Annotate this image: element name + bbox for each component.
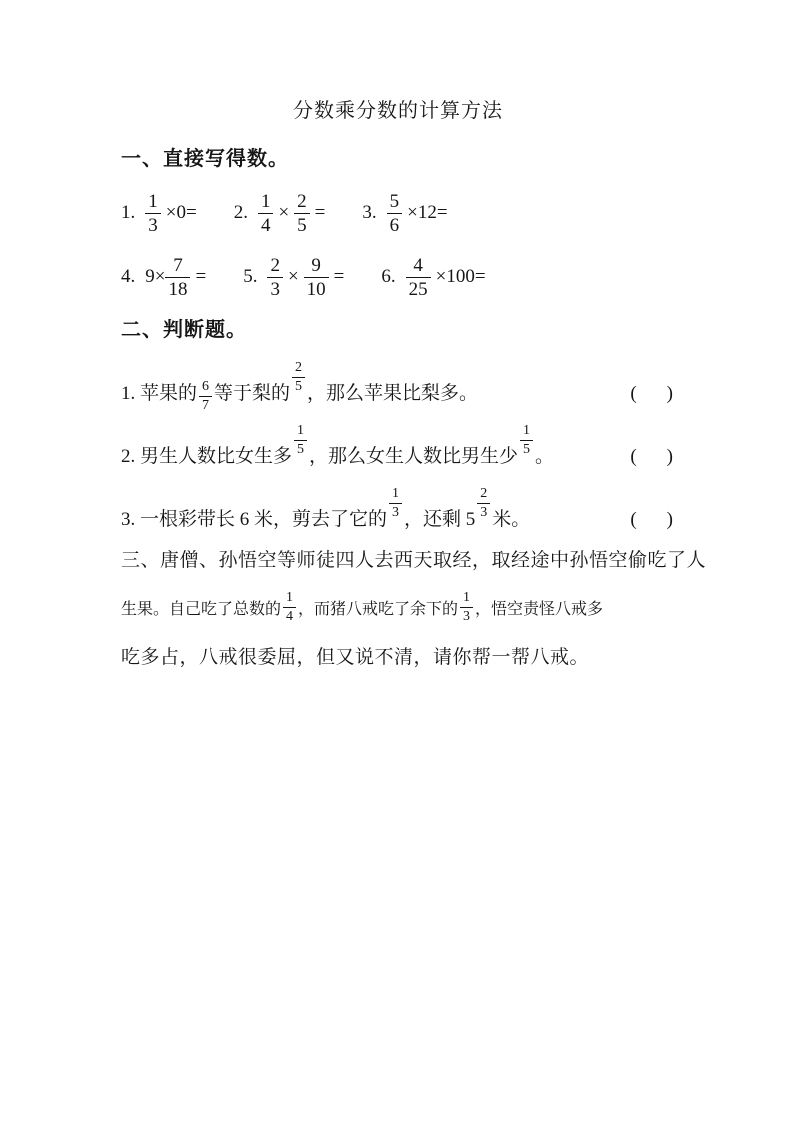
fraction: 1 3 (460, 591, 473, 624)
denominator: 3 (145, 213, 161, 235)
problem-3: 3. 5 6 ×12= (362, 192, 452, 235)
denominator: 7 (199, 396, 212, 413)
numerator: 2 (292, 361, 305, 375)
problem-number: 1. (121, 202, 135, 224)
fraction: 1 4 (258, 192, 274, 235)
paren-open: ( (630, 380, 636, 407)
numerator: 2 (294, 192, 310, 211)
statement-text: 2. 男生人数比女生多 (121, 443, 292, 470)
fraction: 7 18 (165, 256, 190, 299)
word-problem-line-3: 吃多占，八戒很委屈，但又说不清，请你帮一帮八戒。 (121, 644, 675, 671)
denominator: 10 (304, 277, 329, 299)
problem-1: 1. 1 3 ×0= (121, 192, 202, 235)
judgment-item-3: 3. 一根彩带长 6 米，剪去了它的 1 3 ，还剩 5 2 3 米。 ( ) (121, 470, 675, 533)
judgment-item-2: 2. 男生人数比女生多 1 5 ，那么女生人数比男生少 1 5 。 ( ) (121, 407, 675, 470)
numerator: 1 (283, 591, 296, 605)
equals-sign: = (195, 266, 206, 288)
numerator: 1 (145, 192, 161, 211)
fraction: 1 5 (294, 424, 307, 457)
denominator: 3 (267, 277, 283, 299)
fraction: 1 3 (145, 192, 161, 235)
fraction: 5 6 (387, 192, 403, 235)
statement-text: 。 (535, 443, 554, 470)
numerator: 1 (258, 192, 274, 211)
page-title: 分数乘分数的计算方法 (121, 98, 675, 124)
statement-text: 米。 (492, 506, 530, 533)
judgment-text: 1. 苹果的 6 7 等于梨的 2 5 ，那么苹果比梨多。 (121, 374, 478, 407)
operator: × (288, 266, 299, 288)
denominator: 4 (283, 607, 296, 624)
fraction: 4 25 (406, 256, 431, 299)
problem-number: 4. (121, 266, 135, 288)
worksheet-page: 分数乘分数的计算方法 一、直接写得数。 1. 1 3 ×0= 2. 1 4 × (0, 0, 793, 1122)
denominator: 5 (294, 213, 310, 235)
problem-number: 6. (381, 266, 395, 288)
judgment-item-1: 1. 苹果的 6 7 等于梨的 2 5 ，那么苹果比梨多。 ( ) (121, 344, 675, 407)
fraction: 6 7 (199, 380, 212, 413)
paren-close: ) (667, 443, 673, 470)
problem-row-2: 4. 9× 7 18 = 5. 2 3 × 9 10 = (121, 245, 675, 309)
paren-close: ) (667, 380, 673, 407)
denominator: 3 (477, 503, 490, 520)
problem-6: 6. 4 25 ×100= (381, 256, 490, 299)
judgment-text: 2. 男生人数比女生多 1 5 ，那么女生人数比男生少 1 5 。 (121, 437, 554, 470)
operator: × (278, 202, 289, 224)
denominator: 25 (406, 277, 431, 299)
operator: ×100= (436, 266, 486, 288)
fraction: 9 10 (304, 256, 329, 299)
fraction: 1 4 (283, 591, 296, 624)
numerator: 1 (520, 424, 533, 438)
fraction: 2 5 (292, 361, 305, 394)
numerator: 1 (294, 424, 307, 438)
paren-open: ( (630, 443, 636, 470)
problem-number: 2. (234, 202, 248, 224)
numerator: 5 (387, 192, 403, 211)
numerator: 6 (199, 380, 212, 394)
problem-2: 2. 1 4 × 2 5 = (234, 192, 331, 235)
statement-text: 3. 一根彩带长 6 米，剪去了它的 (121, 506, 387, 533)
problem-number: 5. (243, 266, 257, 288)
operator: ×12= (407, 202, 447, 224)
numerator: 2 (477, 487, 490, 501)
statement-text: ，还剩 5 (404, 506, 475, 533)
numerator: 9 (308, 256, 324, 275)
numerator: 7 (170, 256, 186, 275)
denominator: 5 (520, 440, 533, 457)
fraction: 2 5 (294, 192, 310, 235)
paren-open: ( (630, 506, 636, 533)
section2-heading: 二、判断题。 (121, 317, 675, 344)
answer-parens: ( ) (630, 380, 675, 407)
problem-4: 4. 9× 7 18 = (121, 256, 211, 299)
denominator: 18 (165, 277, 190, 299)
statement-text: 1. 苹果的 (121, 380, 197, 407)
equals-sign: = (334, 266, 345, 288)
fraction: 1 5 (520, 424, 533, 457)
problem-5: 5. 2 3 × 9 10 = (243, 256, 349, 299)
statement-text: ，那么女生人数比男生少 (309, 443, 518, 470)
problem-text: 生果。自己吃了总数的 (121, 596, 281, 619)
word-problem-line-2: 生果。自己吃了总数的 1 4 ，而猪八戒吃了余下的 1 3 ，悟空责怪八戒多 (121, 580, 675, 634)
numerator: 1 (460, 591, 473, 605)
denominator: 5 (294, 440, 307, 457)
denominator: 3 (460, 607, 473, 624)
worksheet-content: 分数乘分数的计算方法 一、直接写得数。 1. 1 3 ×0= 2. 1 4 × (0, 0, 793, 671)
answer-parens: ( ) (630, 443, 675, 470)
numerator: 1 (389, 487, 402, 501)
problem-number: 3. (362, 202, 376, 224)
denominator: 6 (387, 213, 403, 235)
problem-row-1: 1. 1 3 ×0= 2. 1 4 × 2 5 = (121, 181, 675, 245)
operand: 9× (145, 266, 165, 288)
numerator: 4 (410, 256, 426, 275)
paren-close: ) (667, 506, 673, 533)
denominator: 4 (258, 213, 274, 235)
statement-text: ，那么苹果比梨多。 (307, 380, 478, 407)
operator: ×0= (166, 202, 197, 224)
denominator: 3 (389, 503, 402, 520)
statement-text: 等于梨的 (214, 380, 290, 407)
fraction: 1 3 (389, 487, 402, 520)
word-problem-line-1: 三、唐僧、孙悟空等师徒四人去西天取经，取经途中孙悟空偷吃了人 (121, 547, 675, 574)
numerator: 2 (267, 256, 283, 275)
section1-heading: 一、直接写得数。 (121, 146, 675, 173)
problem-text: ，而猪八戒吃了余下的 (298, 596, 458, 619)
fraction: 2 3 (477, 487, 490, 520)
problem-text: ，悟空责怪八戒多 (475, 596, 603, 619)
judgment-text: 3. 一根彩带长 6 米，剪去了它的 1 3 ，还剩 5 2 3 米。 (121, 500, 530, 533)
equals-sign: = (315, 202, 326, 224)
answer-parens: ( ) (630, 506, 675, 533)
denominator: 5 (292, 377, 305, 394)
fraction: 2 3 (267, 256, 283, 299)
